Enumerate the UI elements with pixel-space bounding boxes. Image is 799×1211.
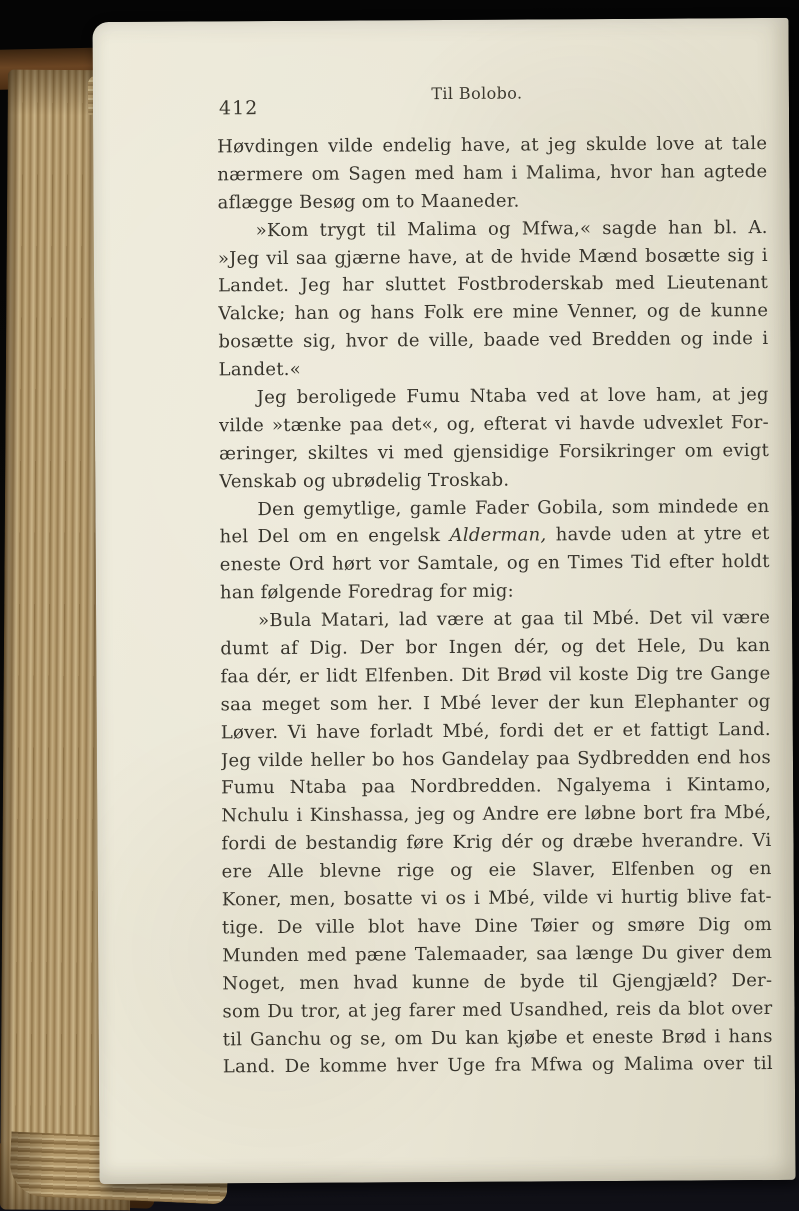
paragraph: Høvdingen vilde endelig have, at jeg sku… (217, 130, 768, 217)
paragraph: Den gemytlige, gamle Fader Gobila, som m… (219, 493, 770, 608)
text-line: Nchulu i Kinshassa, jeg og Andre ere løb… (221, 799, 771, 830)
text-line: Høvdingen vilde endelig have, at jeg sku… (217, 130, 767, 161)
text-line: Fumu Ntaba paa Nordbredden. Ngalyema i K… (221, 771, 771, 802)
paragraph: Jeg beroligede Fumu Ntaba ved at love ha… (219, 381, 770, 496)
text-line: faa dér, er lidt Elfenben. Dit Brød vil … (220, 660, 770, 691)
text-line: aflægge Besøg om to Maaneder. (217, 186, 767, 217)
running-header: Til Bolobo. (217, 82, 737, 104)
text-line: Koner, men, bosatte vi os i Mbé, vilde v… (222, 883, 772, 914)
text-line: Jeg vilde heller bo hos Gandelay paa Syd… (221, 744, 771, 775)
text-line: bosætte sig, hvor de ville, baade ved Br… (218, 325, 768, 356)
text-line: Den gemytlige, gamle Fader Gobila, som m… (219, 493, 769, 524)
text-line: saa meget som her. I Mbé lever der kun E… (221, 688, 771, 719)
text-line: fordi de bestandig føre Krig dér og dræb… (221, 827, 771, 858)
body-text: Høvdingen vilde endelig have, at jeg sku… (217, 130, 773, 1082)
text-line: tige. De ville blot have Dine Tøier og s… (222, 911, 772, 942)
text-line: dumt af Dig. Der bor Ingen dér, og det H… (220, 632, 770, 663)
text-line: hel Del om en engelsk Alderman, havde ud… (220, 520, 770, 551)
text-line: Munden med pæne Talemaader, saa længe Du… (222, 939, 772, 970)
text-line: »Jeg vil saa gjærne have, at de hvide Mæ… (218, 242, 768, 273)
text-line: vilde »tænke paa det«, og, efterat vi ha… (219, 409, 769, 440)
text-line: Valcke; han og hans Folk ere mine Venner… (218, 297, 768, 328)
photo-background: 412 Til Bolobo. Høvdingen vilde endelig … (0, 0, 799, 1211)
page-header: 412 Til Bolobo. (217, 82, 767, 131)
paragraph: »Kom trygt til Malima og Mfwa,« sagde ha… (218, 214, 769, 385)
text-line: Land. De komme hver Uge fra Mfwa og Mali… (223, 1050, 773, 1081)
text-line: »Bula Matari, lad være at gaa til Mbé. D… (220, 604, 770, 635)
text-line: Venskab og ubrødelig Troskab. (219, 465, 769, 496)
book-page: 412 Til Bolobo. Høvdingen vilde endelig … (92, 18, 795, 1184)
text-line: æringer, skiltes vi med gjensidige Forsi… (219, 437, 769, 468)
text-line: Jeg beroligede Fumu Ntaba ved at love ha… (219, 381, 769, 412)
text-line: Noget, men hvad kunne de byde til Gjengj… (222, 967, 772, 998)
text-line: eneste Ord hørt vor Samtale, og en Times… (220, 548, 770, 579)
text-line: nærmere om Sagen med ham i Malima, hvor … (217, 158, 767, 189)
text-line: til Ganchu og se, om Du kan kjøbe et ene… (223, 1023, 773, 1054)
text-line: ere Alle blevne rige og eie Slaver, Elfe… (222, 855, 772, 886)
text-line: Løver. Vi have forladt Mbé, fordi det er… (221, 716, 771, 747)
text-line: Landet. Jeg har sluttet Fostbroderskab m… (218, 269, 768, 300)
text-line: som Du tror, at jeg farer med Usandhed, … (222, 995, 772, 1026)
text-line: Landet.« (219, 353, 769, 384)
text-line: »Kom trygt til Malima og Mfwa,« sagde ha… (218, 214, 768, 245)
paragraph: »Bula Matari, lad være at gaa til Mbé. D… (220, 604, 773, 1081)
text-line: han følgende Foredrag for mig: (220, 576, 770, 607)
